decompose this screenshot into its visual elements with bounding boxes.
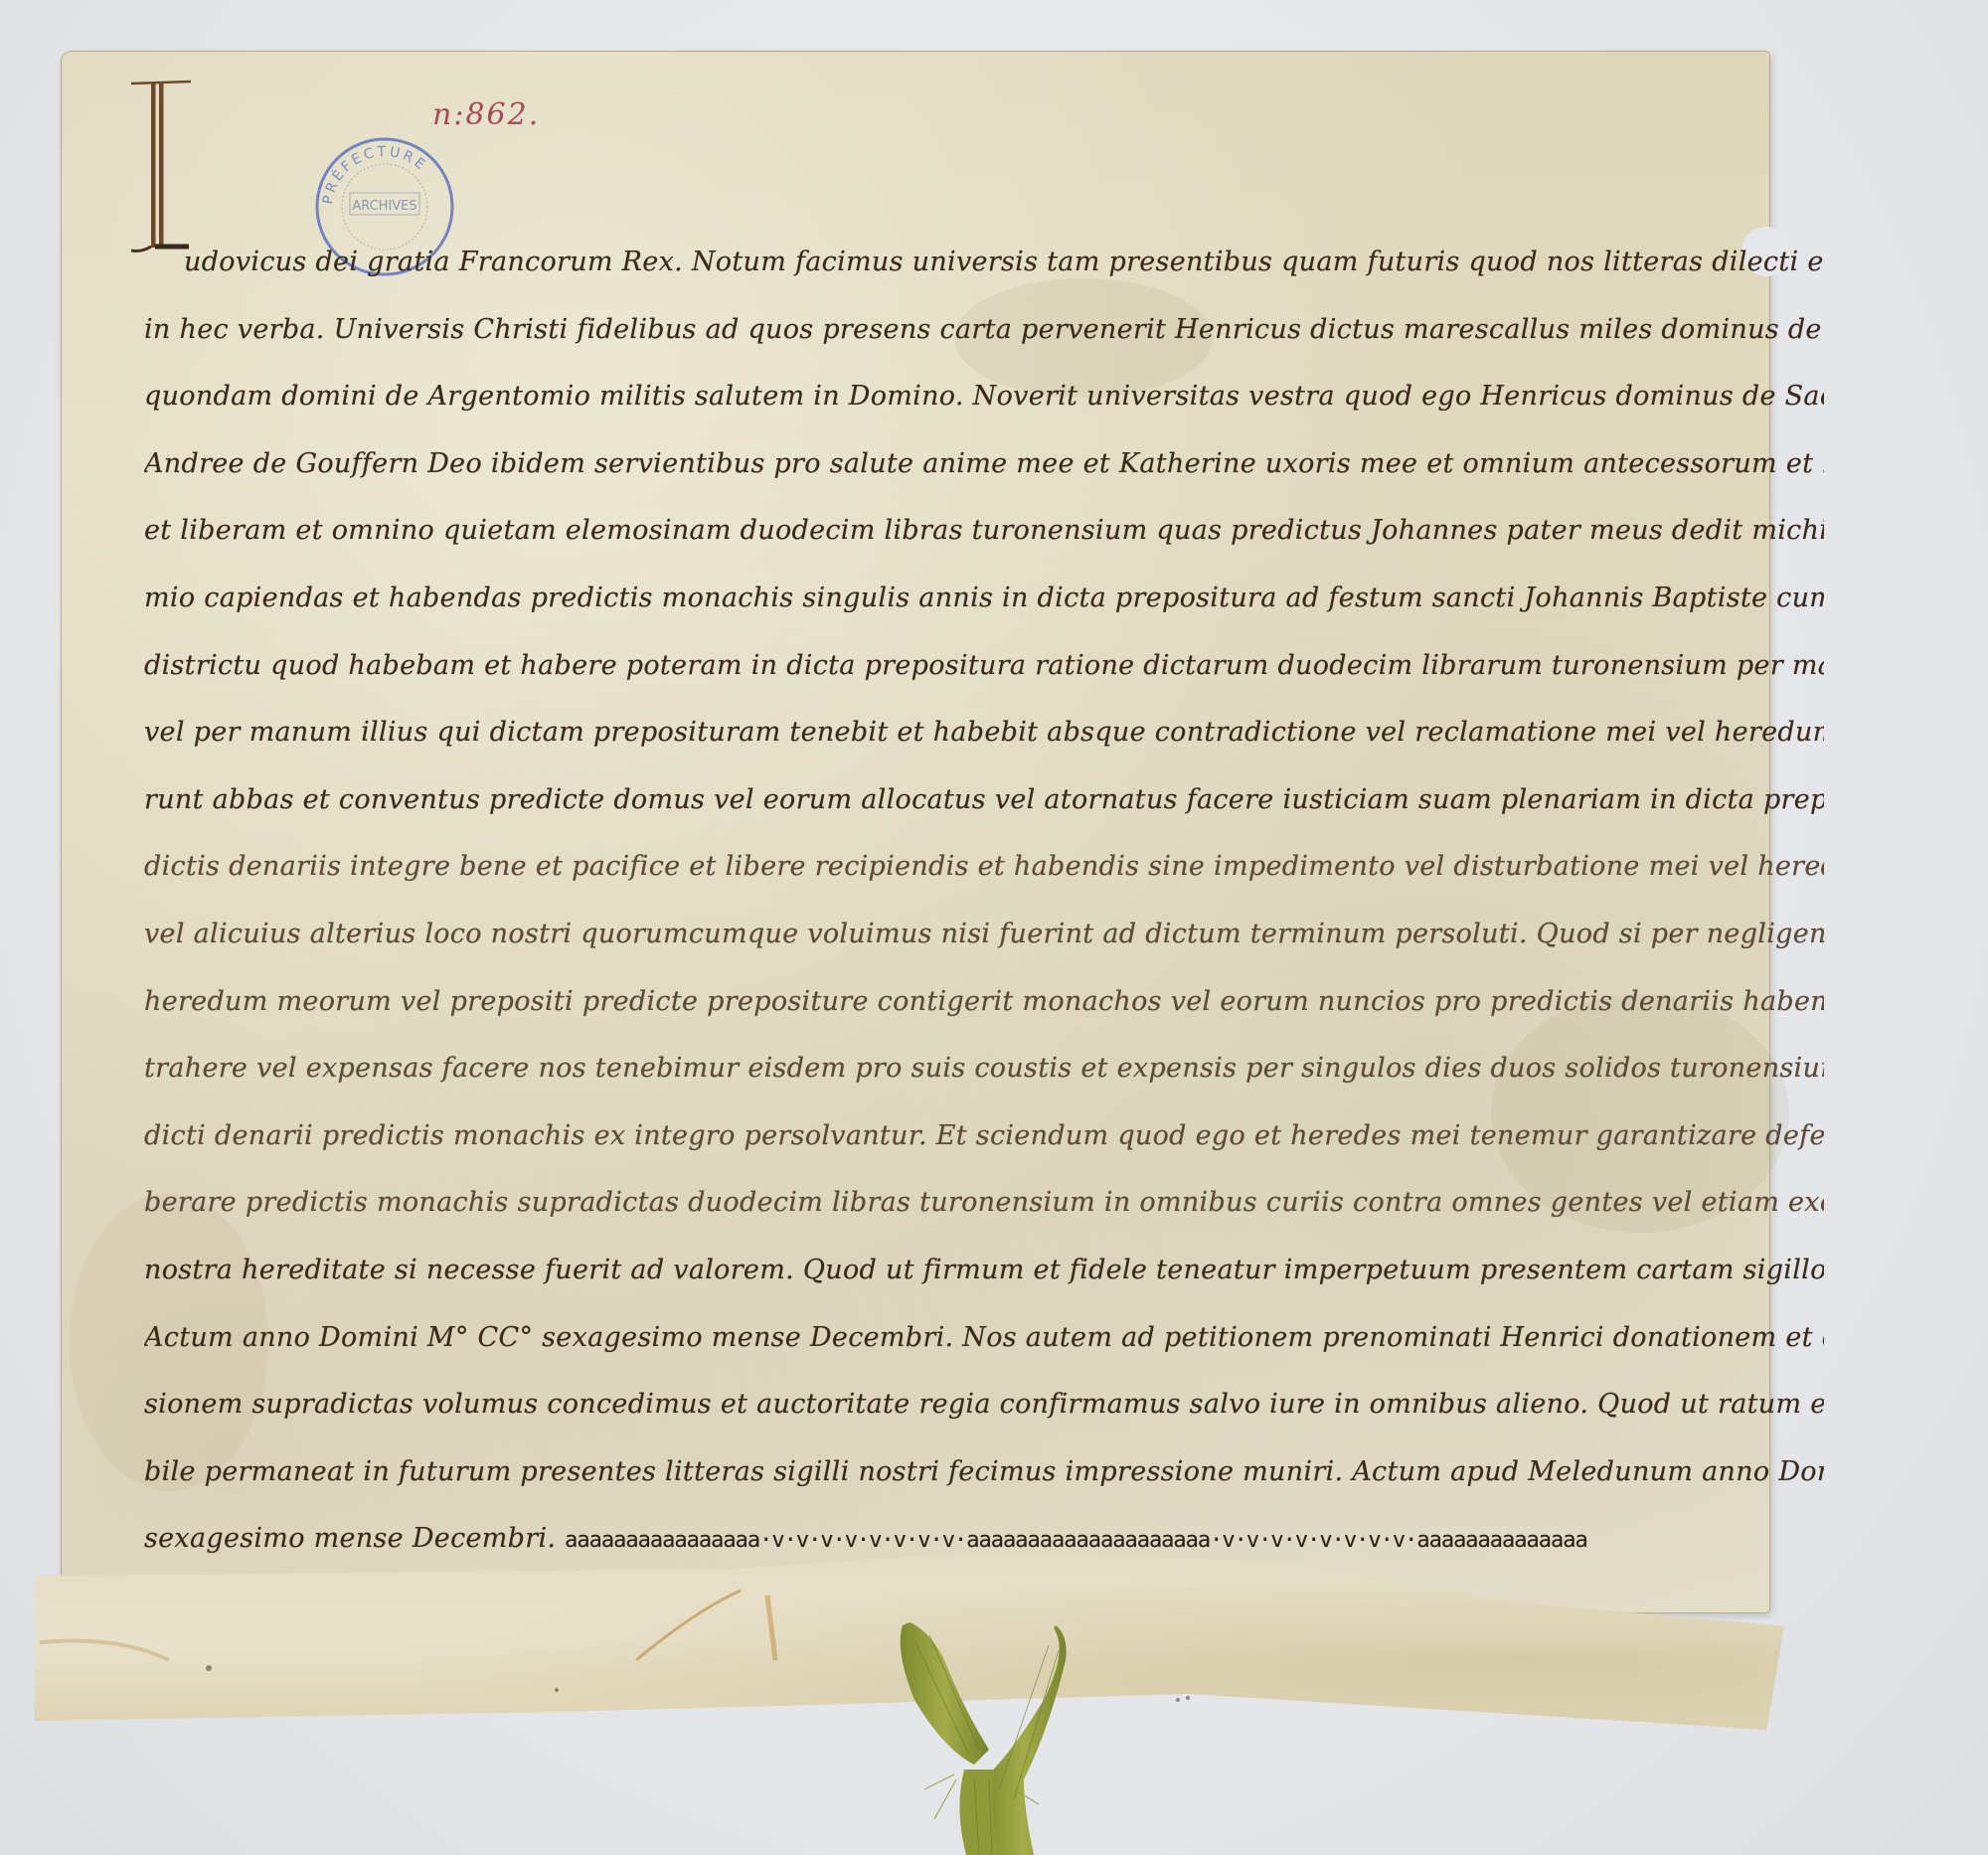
charter-line: Andree de Gouffern Deo ibidem servientib… (144, 430, 1824, 498)
svg-text:ARCHIVES: ARCHIVES (352, 199, 416, 214)
charter-line: vel per manum illius qui dictam preposit… (144, 699, 1824, 766)
charter-line: quondam domini de Argentomio militis sal… (144, 363, 1824, 430)
charter-line: udovicus dei gratia Francorum Rex. Notum… (144, 229, 1824, 296)
charter-line: nostra hereditate si necesse fuerit ad v… (144, 1237, 1824, 1304)
charter-line: Actum anno Domini M° CC° sexagesimo mens… (144, 1304, 1824, 1372)
silk-seal-cord-icon (875, 1591, 1093, 1855)
charter-line: sionem supradictas volumus concedimus et… (144, 1371, 1824, 1438)
closing-flourish: aaaaaaaaaaaaaaaa·v·v·v·v·v·v·v·v·aaaaaaa… (565, 1528, 1587, 1553)
charter-line: trahere vel expensas facere nos tenebimu… (144, 1035, 1824, 1102)
charter-text: udovicus dei gratia Francorum Rex. Notum… (144, 229, 1824, 1573)
decorated-initial-l-icon (131, 80, 191, 253)
charter-line: mio capiendas et habendas predictis mona… (144, 565, 1824, 632)
charter-line: districtu quod habebam et habere poteram… (144, 632, 1824, 700)
charter-closing-text: sexagesimo mense Decembri. (144, 1523, 556, 1554)
charter-line: dictis denariis integre bene et pacifice… (144, 833, 1824, 901)
charter-line: heredum meorum vel prepositi predicte pr… (144, 968, 1824, 1036)
charter-line: dicti denarii predictis monachis ex inte… (144, 1102, 1824, 1170)
charter-line: berare predictis monachis supradictas du… (144, 1169, 1824, 1237)
charter-line: in hec verba. Universis Christi fidelibu… (144, 296, 1824, 364)
charter-line: et liberam et omnino quietam elemosinam … (144, 497, 1824, 565)
archival-reference-number: n:862. (432, 97, 540, 132)
charter-line: vel alicuius alterius loco nostri quorum… (144, 901, 1824, 968)
charter-line: runt abbas et conventus predicte domus v… (144, 766, 1824, 834)
charter-line: bile permaneat in futurum presentes litt… (144, 1438, 1824, 1506)
